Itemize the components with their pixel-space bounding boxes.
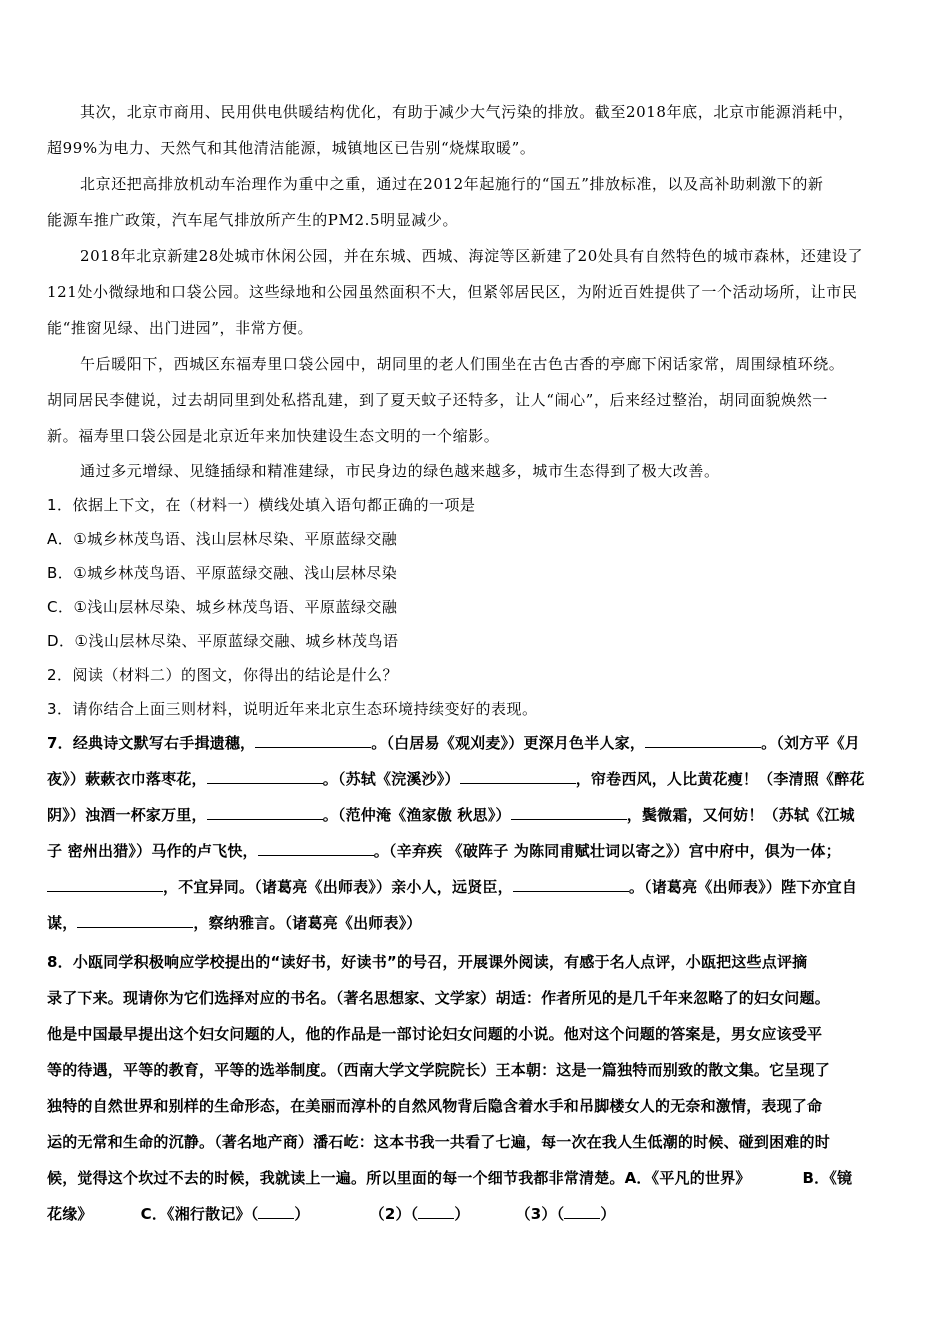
- q7-text: 谋，: [47, 914, 77, 932]
- q7-blank-9[interactable]: [513, 877, 629, 892]
- material-p2-line1: 北京还把高排放机动车治理作为重中之重，通过在2012年起施行的“国五”排放标准，…: [80, 174, 824, 194]
- material-p1-line1: 其次，北京市商用、民用供电供暖结构优化，有助于减少大气污染的排放。截至2018年…: [80, 102, 854, 122]
- q8-answer-3-blank[interactable]: [564, 1204, 600, 1219]
- question-1-option-a[interactable]: A．①城乡林茂鸟语、浅山层林尽染、平原蓝绿交融: [47, 529, 397, 549]
- question-7-line2: 夜》）蔌蔌衣巾落枣花，。（苏轼《浣溪沙》），帘卷西风，人比黄花瘦！（李清照《醉花: [47, 769, 865, 789]
- q8-text: 花缘》: [47, 1205, 93, 1223]
- q7-blank-10[interactable]: [77, 913, 193, 928]
- q7-blank-4[interactable]: [460, 769, 576, 784]
- q7-text: 。（诸葛亮《出师表》）陛下亦宜自: [629, 878, 857, 896]
- material-p5-line1: 通过多元增绿、见缝插绿和精准建绿，市民身边的绿色越来越多，城市生态得到了极大改善…: [80, 461, 720, 481]
- question-7-line1: 7．经典诗文默写右手揖遗穗，。（白居易《观刈麦》）更深月色半人家，。（刘方平《月: [47, 733, 860, 753]
- question-7-line4: 子 密州出猎》）马作的卢飞快，。（辛弃疾 《破阵子 为陈同甫赋壮词以寄之》）宫中…: [47, 841, 841, 861]
- q7-text: 7．经典诗文默写右手揖遗穗，: [47, 734, 255, 752]
- q7-text: 。（范仲淹《渔家傲 秋思》）: [323, 806, 511, 824]
- q7-text: ，鬓微霜，又何妨！（苏轼《江城: [627, 806, 855, 824]
- question-7-line3: 阴》）浊酒一杯家万里，。（范仲淹《渔家傲 秋思》），鬓微霜，又何妨！（苏轼《江城: [47, 805, 855, 825]
- q7-text: ，察纳雅言。（诸葛亮《出师表》）: [193, 914, 421, 932]
- question-2-stem: 2．阅读（材料二）的图文，你得出的结论是什么？: [47, 665, 398, 685]
- question-8-line5: 独特的自然世界和别样的生命形态，在美丽而淳朴的自然风物背后隐含着水手和吊脚楼女人…: [47, 1096, 822, 1116]
- q7-text: 。（白居易《观刈麦》）更深月色半人家，: [371, 734, 645, 752]
- q7-text: 。（苏轼《浣溪沙》）: [323, 770, 460, 788]
- material-p3-line3: 能“推窗见绿、出门进园”，非常方便。: [47, 318, 313, 338]
- q7-text: 子 密州出猎》）马作的卢飞快，: [47, 842, 258, 860]
- q8-item-3: （3）（: [516, 1205, 565, 1223]
- q8-text: ）: [600, 1205, 615, 1223]
- q7-blank-7[interactable]: [258, 841, 374, 856]
- material-p3-line1: 2018年北京新建28处城市休闲公园，并在东城、西城、海淀等区新建了20处具有自…: [80, 246, 863, 266]
- question-1-stem: 1．依据上下文，在（材料一）横线处填入语句都正确的一项是: [47, 495, 476, 515]
- question-1-option-b[interactable]: B．①城乡林茂鸟语、平原蓝绿交融、浅山层林尽染: [47, 563, 397, 583]
- q8-item-2: （2）（: [370, 1205, 419, 1223]
- question-8-line8: 花缘》C．《湘行散记》（）（2）（）（3）（）: [47, 1204, 616, 1224]
- q7-blank-2[interactable]: [645, 733, 761, 748]
- q7-text: 夜》）蔌蔌衣巾落枣花，: [47, 770, 207, 788]
- q7-blank-3[interactable]: [207, 769, 323, 784]
- q8-text: 候，觉得这个坎过不去的时候，我就读上一遍。所以里面的每一个细节我都非常清楚。A．…: [47, 1169, 751, 1187]
- q7-text: ，帘卷西风，人比黄花瘦！（李清照《醉花: [576, 770, 865, 788]
- q7-blank-5[interactable]: [207, 805, 323, 820]
- material-p1-line2: 超99%为电力、天然气和其他清洁能源，城镇地区已告别“烧煤取暖”。: [47, 138, 535, 158]
- material-p3-line2: 121处小微绿地和口袋公园。这些绿地和公园虽然面积不大，但紧邻居民区，为附近百姓…: [47, 282, 857, 302]
- q7-text: 。（辛弃疾 《破阵子 为陈同甫赋壮词以寄之》）宫中府中，俱为一体；: [374, 842, 841, 860]
- question-8-line7: 候，觉得这个坎过不去的时候，我就读上一遍。所以里面的每一个细节我都非常清楚。A．…: [47, 1168, 852, 1188]
- q7-blank-6[interactable]: [511, 805, 627, 820]
- q7-text: 阴》）浊酒一杯家万里，: [47, 806, 207, 824]
- material-p4-line2: 胡同居民李健说，过去胡同里到处私搭乱建，到了夏天蚊子还特多，让人“闹心”，后来经…: [47, 390, 828, 410]
- question-7-line6: 谋，，察纳雅言。（诸葛亮《出师表》）: [47, 913, 422, 933]
- q7-blank-1[interactable]: [255, 733, 371, 748]
- question-8-line1: 8．小瓯同学积极响应学校提出的“读好书，好读书”的号召，开展课外阅读，有感于名人…: [47, 952, 807, 972]
- q8-answer-1-blank[interactable]: [258, 1204, 294, 1219]
- q8-option-c: C．《湘行散记》（: [141, 1205, 259, 1223]
- material-p4-line1: 午后暖阳下，西城区东福寿里口袋公园中，胡同里的老人们围坐在古色古香的亭廊下闲话家…: [80, 354, 844, 374]
- question-8-line3: 他是中国最早提出这个妇女问题的人，他的作品是一部讨论妇女问题的小说。他对这个问题…: [47, 1024, 822, 1044]
- q8-text: ）: [294, 1205, 309, 1223]
- q7-blank-8[interactable]: [47, 877, 163, 892]
- question-8-line6: 运的无常和生命的沉静。（著名地产商）潘石屹：这本书我一共看了七遍，每一次在我人生…: [47, 1132, 830, 1152]
- q8-text: ）: [454, 1205, 469, 1223]
- material-p4-line3: 新。福寿里口袋公园是北京近年来加快建设生态文明的一个缩影。: [47, 426, 499, 446]
- q8-option-b: B．《镜: [803, 1169, 853, 1187]
- q8-answer-2-blank[interactable]: [418, 1204, 454, 1219]
- q7-text: ，不宜异同。（诸葛亮《出师表》）亲小人，远贤臣，: [163, 878, 513, 896]
- question-7-line5: ，不宜异同。（诸葛亮《出师表》）亲小人，远贤臣，。（诸葛亮《出师表》）陛下亦宜自: [47, 877, 857, 897]
- question-8-line4: 等的待遇，平等的教育，平等的选举制度。（西南大学文学院院长）王本朝：这是一篇独特…: [47, 1060, 830, 1080]
- question-3-stem: 3．请你结合上面三则材料，说明近年来北京生态环境持续变好的表现。: [47, 699, 538, 719]
- question-8-line2: 录了下来。现请你为它们选择对应的书名。（著名思想家、文学家）胡适：作者所见的是几…: [47, 988, 830, 1008]
- q7-text: 。（刘方平《月: [761, 734, 860, 752]
- question-1-option-d[interactable]: D．①浅山层林尽染、平原蓝绿交融、城乡林茂鸟语: [47, 631, 399, 651]
- question-1-option-c[interactable]: C．①浅山层林尽染、城乡林茂鸟语、平原蓝绿交融: [47, 597, 397, 617]
- material-p2-line2: 能源车推广政策，汽车尾气排放所产生的PM2.5明显减少。: [47, 210, 458, 230]
